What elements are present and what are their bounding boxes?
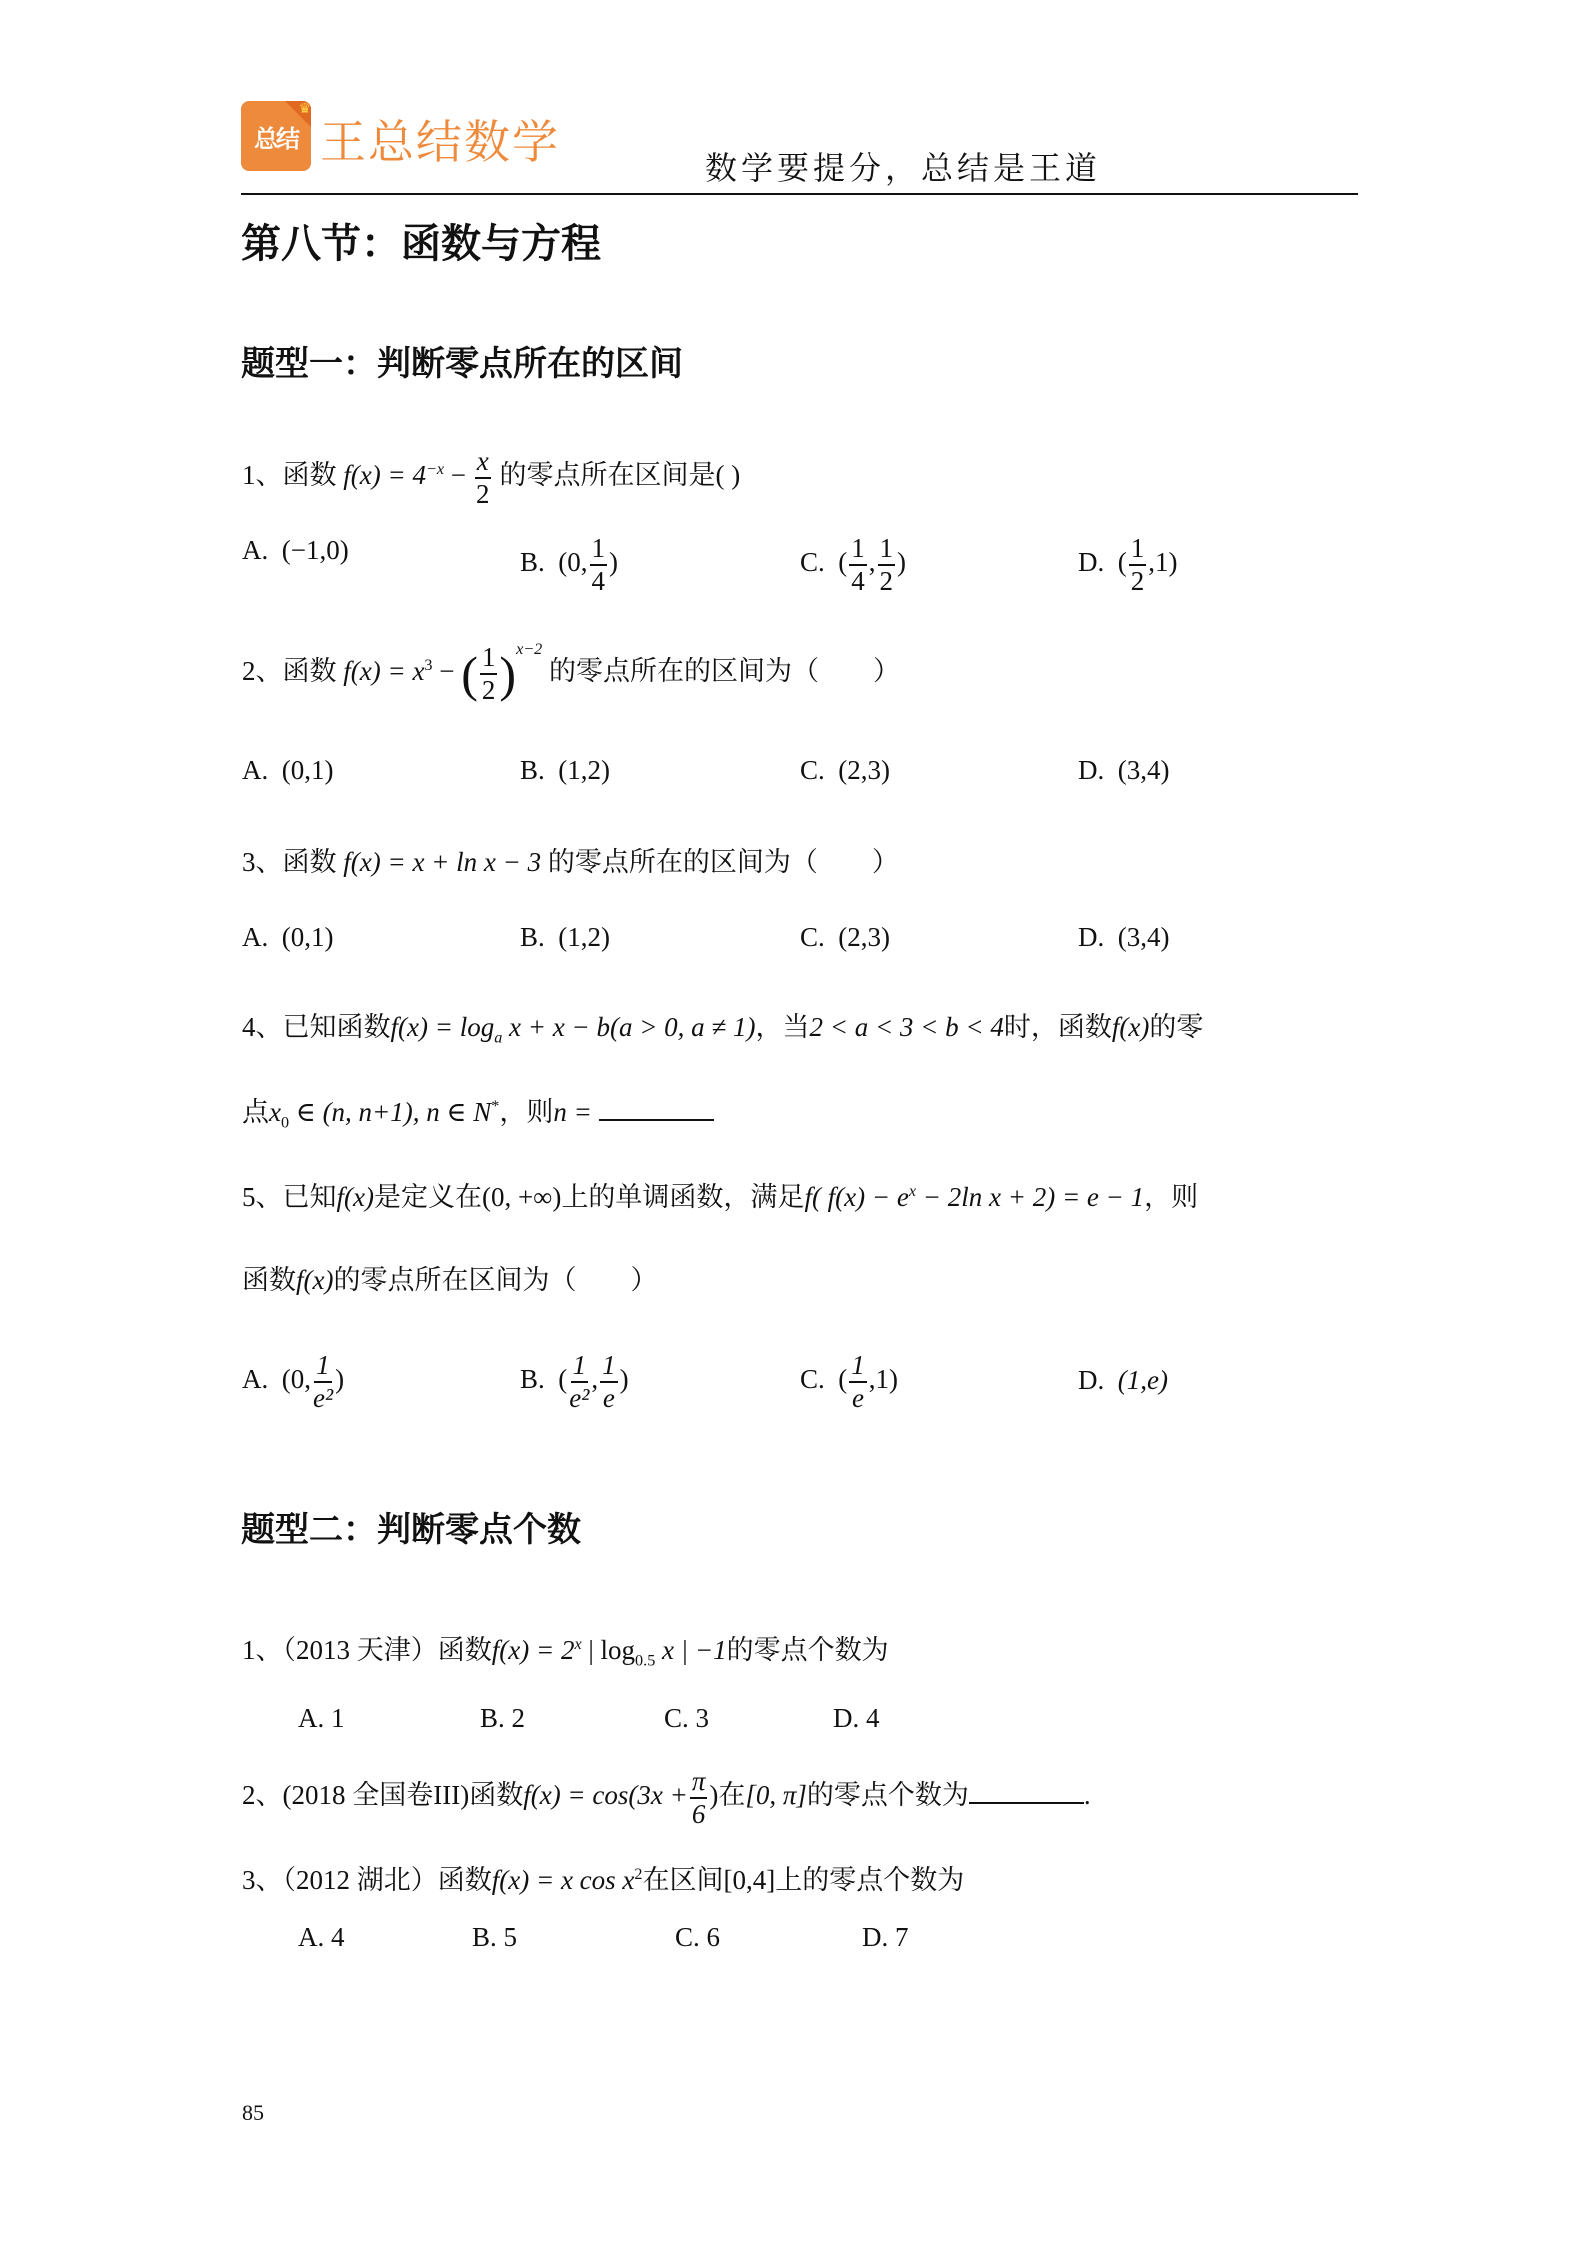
option-value: (3,4) <box>1118 755 1170 785</box>
numerator: 1 <box>314 1352 332 1383</box>
numerator: 1 <box>849 535 867 566</box>
q-prefix: 1、（2013 天津）函数 <box>242 1635 492 1665</box>
q-suffix: 上的零点个数为 <box>775 1865 964 1895</box>
formula: | log <box>582 1635 635 1665</box>
operator: − <box>451 460 473 490</box>
fraction: 1e² <box>313 1352 333 1412</box>
fraction: 1e <box>600 1352 618 1412</box>
option-value: (3,4) <box>1118 922 1170 952</box>
option-value: 3 <box>696 1703 710 1733</box>
fraction: 1e <box>849 1352 867 1412</box>
t2-question-3: 3、（2012 湖北）函数f(x) = x cos x2在区间[0,4]上的零点… <box>242 1858 964 1897</box>
text: 时，函数 <box>1004 1012 1112 1042</box>
formula: f(x) = 4 <box>343 460 426 490</box>
q-prefix: 4、已知函数 <box>242 1012 391 1042</box>
option-value: ) <box>335 1364 344 1394</box>
t1q2-option-d: D. (3,4) <box>1078 755 1169 786</box>
fraction: 12 <box>878 535 896 595</box>
paren-close: ) <box>499 646 516 702</box>
text: . <box>1084 1780 1091 1810</box>
option-label: B. <box>520 755 545 785</box>
operator: − <box>439 656 461 686</box>
formula: f(x) = cos(3x + <box>523 1780 688 1810</box>
option-value: , <box>869 547 876 577</box>
formula: (0, +∞) <box>482 1182 561 1212</box>
option-label: C. <box>664 1703 689 1733</box>
q-prefix: 3、（2012 湖北）函数 <box>242 1865 492 1895</box>
text: ，当 <box>755 1012 809 1042</box>
denominator: 2 <box>482 675 496 704</box>
numerator: 1 <box>571 1352 589 1383</box>
option-label: B. <box>472 1922 497 1952</box>
formula: x + x − b(a > 0, a ≠ 1) <box>502 1012 755 1042</box>
t1q5-option-d: D. (1,e) <box>1078 1365 1168 1396</box>
subscript: 0 <box>281 1113 289 1131</box>
option-value: 1 <box>331 1703 345 1733</box>
option-label: C. <box>800 547 825 577</box>
header-divider <box>241 193 1358 195</box>
text: 在 <box>718 1780 745 1810</box>
fraction: 12 <box>1129 535 1147 595</box>
t1q2-option-c: C. (2,3) <box>800 755 890 786</box>
denominator: e <box>603 1383 615 1412</box>
t2q3-option-a: A. 4 <box>298 1922 345 1953</box>
option-label: D. <box>833 1703 859 1733</box>
option-value: ( <box>838 547 847 577</box>
denominator: e² <box>569 1383 589 1412</box>
denominator: 4 <box>851 566 865 595</box>
t2q3-option-d: D. 7 <box>862 1922 909 1953</box>
formula: f( f(x) − e <box>804 1182 908 1212</box>
option-label: B. <box>480 1703 505 1733</box>
t2q1-option-c: C. 3 <box>664 1703 709 1734</box>
text: ，则 <box>1144 1182 1198 1212</box>
denominator: e <box>852 1383 864 1412</box>
superscript: x <box>574 1635 581 1653</box>
option-value: (0, <box>282 1364 311 1394</box>
t1q1-option-d: D. (12,1) <box>1078 535 1178 595</box>
formula: [0, π] <box>745 1780 807 1810</box>
option-label: B. <box>520 547 545 577</box>
option-value: (1,2) <box>558 922 610 952</box>
text: 函数 <box>242 1265 296 1295</box>
t2q1-option-d: D. 4 <box>833 1703 880 1734</box>
option-value: (−1,0) <box>282 535 349 565</box>
option-value: 7 <box>895 1922 909 1952</box>
t1q3-option-b: B. (1,2) <box>520 922 610 953</box>
option-value: (0, <box>558 547 587 577</box>
option-value: ( <box>838 1364 847 1394</box>
option-label: D. <box>1078 547 1104 577</box>
formula: f(x) = log <box>391 1012 495 1042</box>
t2q3-option-b: B. 5 <box>472 1922 517 1953</box>
q-suffix: 的零点个数为 <box>807 1780 969 1810</box>
text: 是定义在 <box>374 1182 482 1212</box>
formula: f(x) = 2 <box>492 1635 575 1665</box>
crown-icon: ♛ <box>298 101 309 117</box>
option-label: C. <box>800 922 825 952</box>
q-prefix: 1、函数 <box>242 460 337 490</box>
page-number: 85 <box>242 2100 264 2126</box>
t1q2-option-b: B. (1,2) <box>520 755 610 786</box>
type1-title: 题型一：判断零点所在的区间 <box>241 336 683 385</box>
t1q3-option-c: C. (2,3) <box>800 922 890 953</box>
option-value: 4 <box>866 1703 880 1733</box>
q-suffix: 的零点所在的区间为（ ） <box>549 656 900 686</box>
formula: ∈ (n, n+1), n ∈ N <box>289 1097 491 1127</box>
t1q3-option-d: D. (3,4) <box>1078 922 1169 953</box>
t1-question-5-line1: 5、已知f(x)是定义在(0, +∞)上的单调函数，满足f( f(x) − ex… <box>242 1175 1198 1214</box>
option-value: (1,2) <box>558 755 610 785</box>
formula: f(x) <box>296 1265 333 1295</box>
exponent: 3 <box>424 656 432 674</box>
formula: x | −1 <box>655 1635 726 1665</box>
t1q5-option-b: B. (1e²,1e) <box>520 1352 629 1412</box>
numerator: x <box>475 448 491 479</box>
option-value: 5 <box>504 1922 518 1952</box>
fraction: x2 <box>475 448 491 508</box>
q-prefix: 2、(2018 全国卷III)函数 <box>242 1780 523 1810</box>
answer-blank[interactable] <box>969 1778 1084 1804</box>
text: 上的单调函数，满足 <box>561 1182 804 1212</box>
denominator: e² <box>313 1383 333 1412</box>
t2q1-option-b: B. 2 <box>480 1703 525 1734</box>
option-value: (0,1) <box>282 755 334 785</box>
t2q3-option-c: C. 6 <box>675 1922 720 1953</box>
type2-title: 题型二：判断零点个数 <box>241 1502 581 1551</box>
fraction: 1e² <box>569 1352 589 1412</box>
superscript: x <box>909 1182 916 1200</box>
logo-text: 王总结数学 <box>320 106 560 172</box>
option-label: C. <box>675 1922 700 1952</box>
t2-question-2: 2、(2018 全国卷III)函数f(x) = cos(3x +π6)在[0, … <box>242 1768 1091 1828</box>
numerator: 1 <box>878 535 896 566</box>
fraction: 14 <box>849 535 867 595</box>
option-value: ,1) <box>1148 547 1177 577</box>
numerator: 1 <box>600 1352 618 1383</box>
option-value: ( <box>558 1364 567 1394</box>
t1q5-option-c: C. (1e,1) <box>800 1352 898 1412</box>
text: 的零 <box>1149 1012 1203 1042</box>
option-label: D. <box>1078 922 1104 952</box>
formula: f(x) <box>1112 1012 1149 1042</box>
option-label: A. <box>242 1364 268 1394</box>
option-value: ) <box>897 547 906 577</box>
option-label: A. <box>242 755 268 785</box>
q-suffix: 的零点所在的区间为（ ） <box>548 847 899 877</box>
option-value: (2,3) <box>838 922 890 952</box>
text: ，则 <box>499 1097 553 1127</box>
subscript: 0.5 <box>635 1651 655 1669</box>
option-value: 4 <box>331 1922 345 1952</box>
option-value: (2,3) <box>838 755 890 785</box>
logo-icon: ♛ 总结 <box>241 101 311 171</box>
q-prefix: 5、已知 <box>242 1182 337 1212</box>
formula: f(x) <box>337 1182 374 1212</box>
q-prefix: 2、函数 <box>242 656 337 686</box>
option-label: A. <box>242 922 268 952</box>
option-value: (0,1) <box>282 922 334 952</box>
q-suffix: 的零点个数为 <box>727 1635 889 1665</box>
option-value: ,1) <box>869 1364 898 1394</box>
t1-question-4-line2: 点x0 ∈ (n, n+1), n ∈ N*，则n = <box>242 1090 714 1132</box>
option-value: 2 <box>512 1703 526 1733</box>
t1q1-option-c: C. (14,12) <box>800 535 906 595</box>
denominator: 6 <box>692 1799 706 1828</box>
t1q5-option-a: A. (0,1e²) <box>242 1352 344 1412</box>
fraction: π6 <box>690 1768 708 1828</box>
option-label: C. <box>800 1364 825 1394</box>
t1q1-option-b: B. (0,14) <box>520 535 618 595</box>
t1-question-2: 2、函数 f(x) = x3 − (12)x−2 的零点所在的区间为（ ） <box>242 640 900 704</box>
denominator: 4 <box>592 566 606 595</box>
option-label: B. <box>520 922 545 952</box>
t1-question-4-line1: 4、已知函数f(x) = loga x + x − b(a > 0, a ≠ 1… <box>242 1005 1203 1047</box>
option-value: 6 <box>707 1922 721 1952</box>
formula: x <box>269 1097 281 1127</box>
denominator: 2 <box>880 566 894 595</box>
paren-open: ( <box>461 646 478 702</box>
t1q1-option-a: A. (−1,0) <box>242 535 349 566</box>
numerator: π <box>690 1768 708 1799</box>
formula: f(x) = x cos x <box>492 1865 635 1895</box>
option-label: D. <box>862 1922 888 1952</box>
t1q3-option-a: A. (0,1) <box>242 922 333 953</box>
t1-question-5-line2: 函数f(x)的零点所在区间为（ ） <box>242 1258 657 1297</box>
formula: − 2ln x + 2) = e − 1 <box>916 1182 1144 1212</box>
option-label: A. <box>242 535 268 565</box>
numerator: 1 <box>480 644 498 675</box>
exponent: −x <box>426 460 444 478</box>
q-prefix: 3、函数 <box>242 847 337 877</box>
t2q1-option-a: A. 1 <box>298 1703 345 1734</box>
t1q2-option-a: A. (0,1) <box>242 755 333 786</box>
option-label: C. <box>800 755 825 785</box>
numerator: 1 <box>590 535 608 566</box>
option-value: ) <box>620 1364 629 1394</box>
numerator: 1 <box>849 1352 867 1383</box>
denominator: 2 <box>1131 566 1145 595</box>
option-label: A. <box>298 1703 324 1733</box>
fraction: 12 <box>480 644 498 704</box>
option-label: B. <box>520 1364 545 1394</box>
t1-question-3: 3、函数 f(x) = x + ln x − 3 的零点所在的区间为（ ） <box>242 840 899 879</box>
text: 点 <box>242 1097 269 1127</box>
superscript: 2 <box>634 1865 642 1883</box>
option-value: ( <box>1118 547 1127 577</box>
t2-question-1: 1、（2013 天津）函数f(x) = 2x | log0.5 x | −1的零… <box>242 1628 889 1670</box>
q-suffix: 的零点所在区间为（ ） <box>333 1265 657 1295</box>
formula: 2 < a < 3 < b < 4 <box>809 1012 1003 1042</box>
numerator: 1 <box>1129 535 1147 566</box>
denominator: 2 <box>476 479 490 508</box>
formula: f(x) = x <box>343 656 424 686</box>
formula: f(x) = x + ln x − 3 <box>343 847 541 877</box>
section-title: 第八节：函数与方程 <box>241 212 601 269</box>
option-label: D. <box>1078 755 1104 785</box>
formula: n = <box>553 1097 591 1127</box>
option-label: A. <box>298 1922 324 1952</box>
t1-question-1: 1、函数 f(x) = 4−x − x2 的零点所在区间是( ) <box>242 448 740 508</box>
fraction: 14 <box>590 535 608 595</box>
slogan: 数学要提分，总结是王道 <box>705 143 1101 189</box>
option-value: ) <box>609 547 618 577</box>
exponent: x−2 <box>516 640 542 658</box>
q-suffix: 的零点所在区间是( ) <box>500 460 741 490</box>
text: 在区间 <box>643 1865 724 1895</box>
option-value: , <box>591 1364 598 1394</box>
option-value: (1,e) <box>1118 1365 1168 1395</box>
option-label: D. <box>1078 1365 1104 1395</box>
answer-blank[interactable] <box>599 1095 714 1121</box>
formula: [0,4] <box>724 1865 776 1895</box>
